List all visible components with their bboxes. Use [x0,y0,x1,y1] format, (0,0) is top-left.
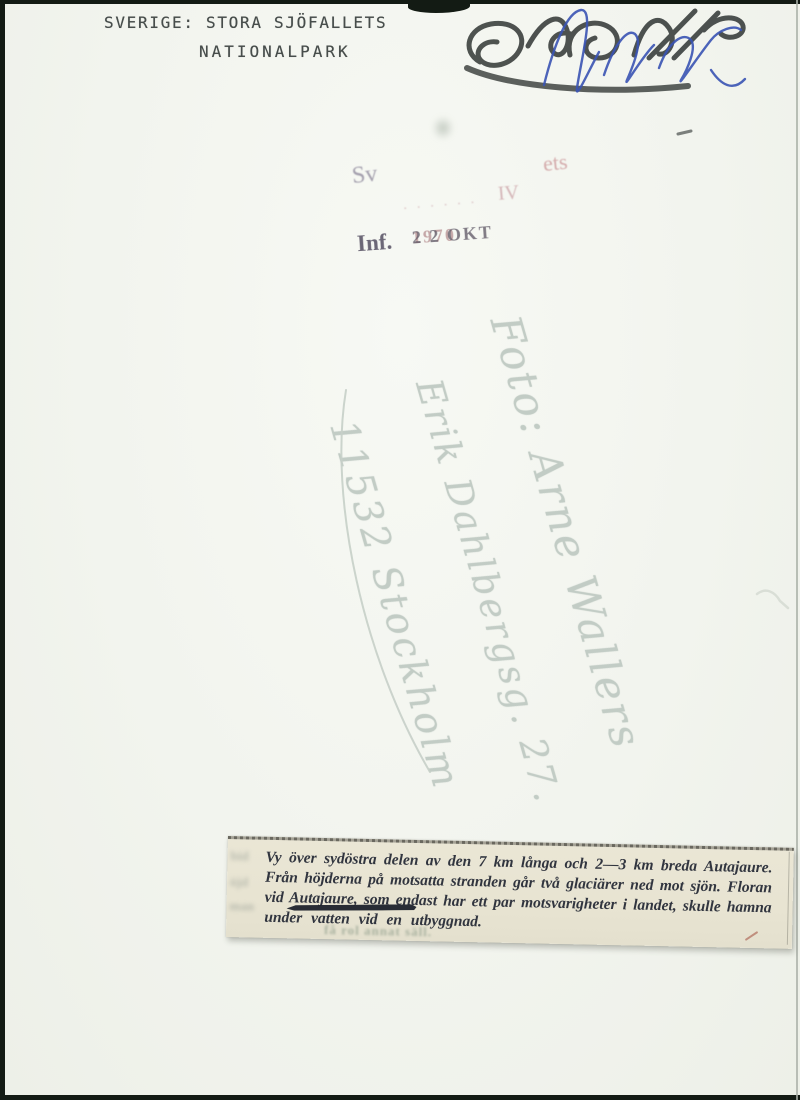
stamp-text-fragment: Sv [351,161,379,191]
frame-edge-right [796,0,798,1100]
archive-stamp: Sv ets . . . . . . IV Inf. 2 2 OKT 1970 [348,118,588,278]
press-clipping: bid öjd man Vy över sydöstra delen av de… [226,836,794,949]
clipping-bleedthrough: man [229,898,261,915]
ink-underline [287,904,417,911]
clipping-crease [787,852,790,945]
clipping-bleedthrough: öjd [230,874,262,891]
clipping-bleedthrough: få rol annat säll. [324,922,432,940]
clipping-bleedthrough: bid [230,848,262,865]
scanned-photo-back: SVERIGE: STORA SJÖFALLETS NATIONALPARK S… [0,0,800,1100]
stamp-text-fragment: . . . . . . [402,191,477,214]
stamp-date: 2 2 OKT 1970 [411,224,456,248]
stamp-text-fragment: IV [497,181,520,206]
typed-caption-line2: NATIONALPARK [199,42,351,61]
stamp-inf-label: Inf. [356,229,393,257]
stamp-date-day: 2 2 OKT [411,222,493,249]
stamp-smudge [432,116,454,140]
typed-caption-line1: SVERIGE: STORA SJÖFALLETS [104,13,387,32]
stamp-text-fragment: ets [542,149,569,177]
